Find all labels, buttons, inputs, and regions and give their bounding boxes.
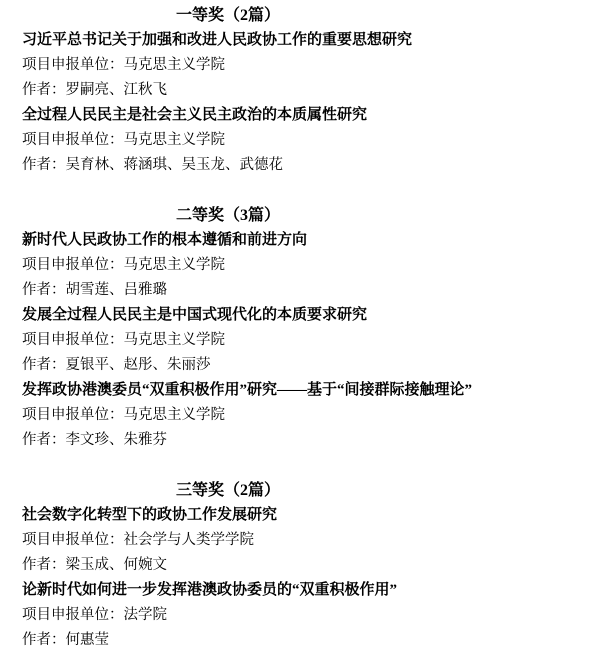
award-section-first-prize: 一等奖（2篇） 习近平总书记关于加强和改进人民政协工作的重要思想研究 项目申报单…	[22, 3, 594, 178]
award-entry: 发挥政协港澳委员“双重积极作用”研究——基于“间接群际接触理论” 项目申报单位：…	[22, 378, 594, 453]
project-unit-line: 项目申报单位：马克思主义学院	[22, 253, 594, 278]
paper-title: 发展全过程人民民主是中国式现代化的本质要求研究	[22, 303, 594, 328]
paper-title: 社会数字化转型下的政协工作发展研究	[22, 503, 594, 528]
authors-line: 作者：吴育林、蒋涵琪、吴玉龙、武德花	[22, 153, 594, 178]
award-entry: 全过程人民民主是社会主义民主政治的本质属性研究 项目申报单位：马克思主义学院 作…	[22, 103, 594, 178]
document-page: 一等奖（2篇） 习近平总书记关于加强和改进人民政协工作的重要思想研究 项目申报单…	[0, 0, 614, 655]
paper-title: 全过程人民民主是社会主义民主政治的本质属性研究	[22, 103, 594, 128]
paper-title: 新时代人民政协工作的根本遵循和前进方向	[22, 228, 594, 253]
project-unit-line: 项目申报单位：马克思主义学院	[22, 128, 594, 153]
award-entry: 论新时代如何进一步发挥港澳政协委员的“双重积极作用” 项目申报单位：法学院 作者…	[22, 578, 594, 653]
section-heading: 一等奖（2篇）	[22, 3, 594, 28]
award-entry: 习近平总书记关于加强和改进人民政协工作的重要思想研究 项目申报单位：马克思主义学…	[22, 28, 594, 103]
authors-line: 作者：胡雪莲、吕雅璐	[22, 278, 594, 303]
project-unit-line: 项目申报单位：社会学与人类学学院	[22, 528, 594, 553]
authors-line: 作者：李文珍、朱雅芬	[22, 428, 594, 453]
project-unit-line: 项目申报单位：法学院	[22, 603, 594, 628]
section-heading: 三等奖（2篇）	[22, 478, 594, 503]
paper-title: 论新时代如何进一步发挥港澳政协委员的“双重积极作用”	[22, 578, 594, 603]
section-heading: 二等奖（3篇）	[22, 203, 594, 228]
award-entry: 新时代人民政协工作的根本遵循和前进方向 项目申报单位：马克思主义学院 作者：胡雪…	[22, 228, 594, 303]
project-unit-line: 项目申报单位：马克思主义学院	[22, 328, 594, 353]
award-entry: 发展全过程人民民主是中国式现代化的本质要求研究 项目申报单位：马克思主义学院 作…	[22, 303, 594, 378]
project-unit-line: 项目申报单位：马克思主义学院	[22, 53, 594, 78]
authors-line: 作者：何惠莹	[22, 628, 594, 653]
authors-line: 作者：夏银平、赵彤、朱丽莎	[22, 353, 594, 378]
authors-line: 作者：梁玉成、何婉文	[22, 553, 594, 578]
authors-line: 作者：罗嗣亮、江秋飞	[22, 78, 594, 103]
project-unit-line: 项目申报单位：马克思主义学院	[22, 403, 594, 428]
award-section-second-prize: 二等奖（3篇） 新时代人民政协工作的根本遵循和前进方向 项目申报单位：马克思主义…	[22, 203, 594, 453]
award-entry: 社会数字化转型下的政协工作发展研究 项目申报单位：社会学与人类学学院 作者：梁玉…	[22, 503, 594, 578]
paper-title: 习近平总书记关于加强和改进人民政协工作的重要思想研究	[22, 28, 594, 53]
award-section-third-prize: 三等奖（2篇） 社会数字化转型下的政协工作发展研究 项目申报单位：社会学与人类学…	[22, 478, 594, 653]
paper-title: 发挥政协港澳委员“双重积极作用”研究——基于“间接群际接触理论”	[22, 378, 594, 403]
